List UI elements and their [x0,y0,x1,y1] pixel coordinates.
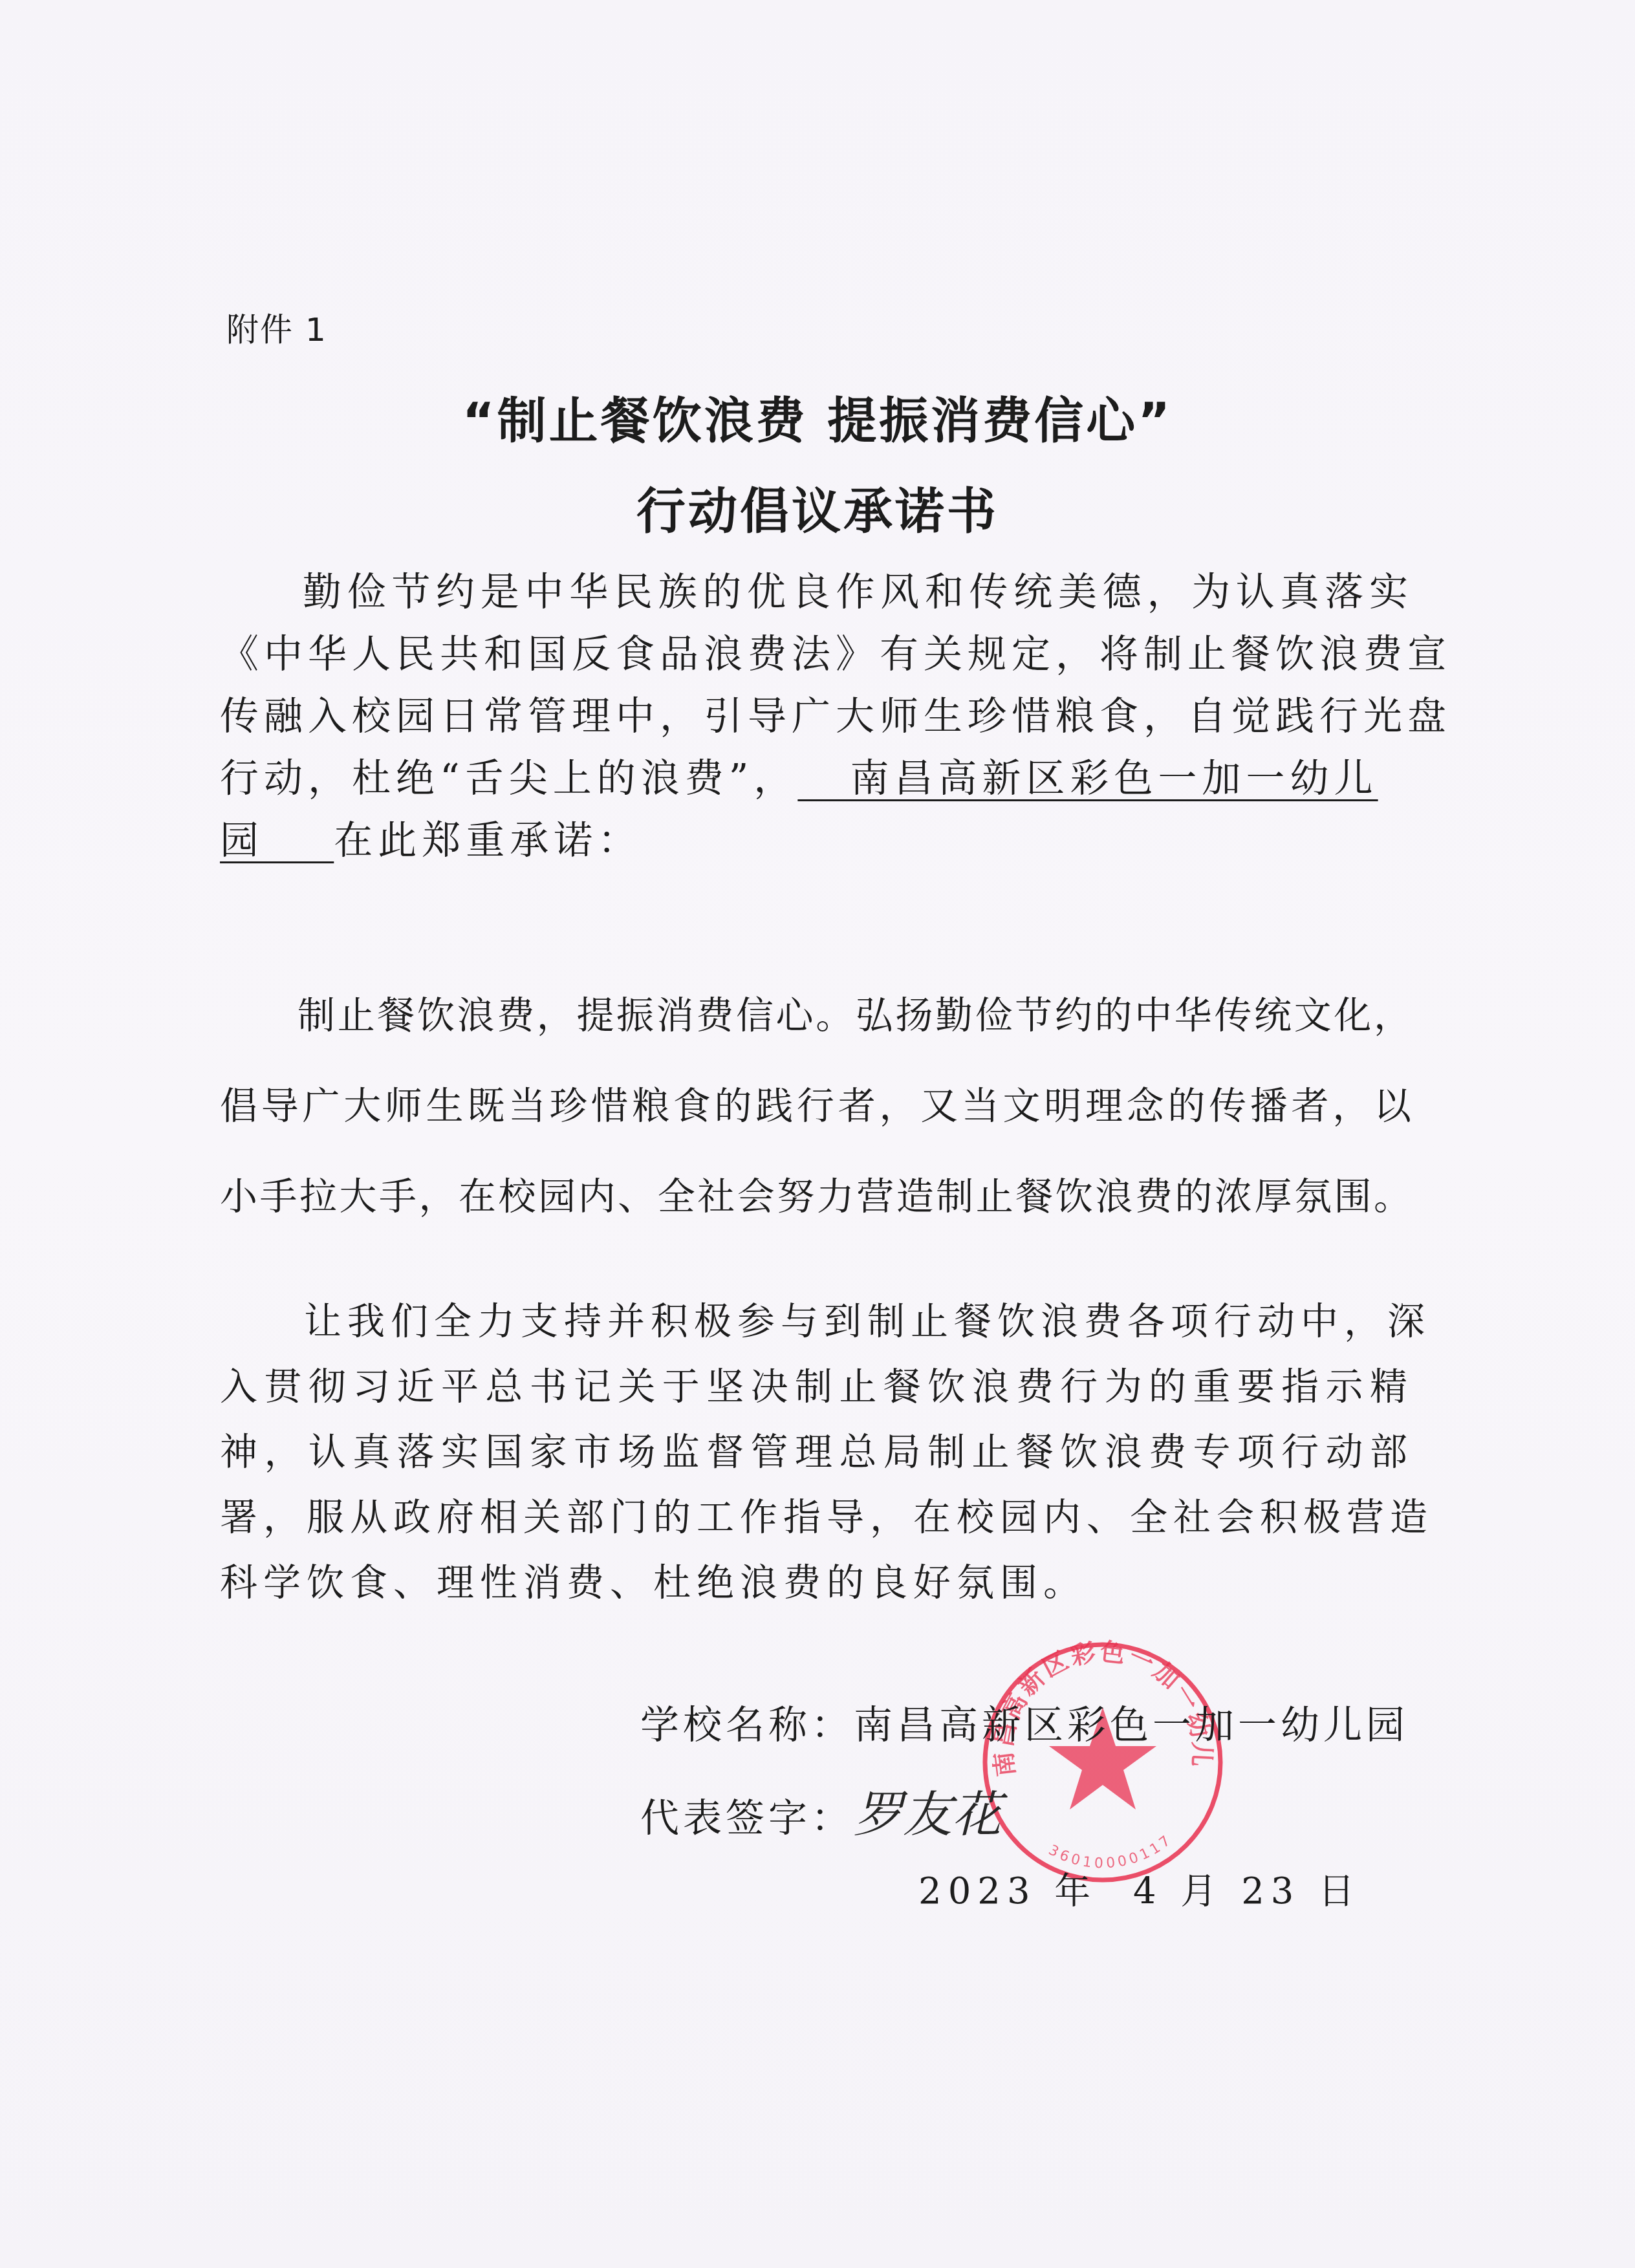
intro-line-1: 勤俭节约是中华民族的优良作风和传统美德，为认真落实 [220,561,1413,623]
intro-line-4: 行动，杜绝“舌尖上的浪费”， 南昌高新区彩色一加一幼儿 [220,748,1413,810]
signing-date: 2023 年 4 月 23 日 [918,1863,1361,1914]
document-title-line1: “制止餐饮浪费 提振消费信心” [0,382,1635,452]
intro-line-4-text: 行动，杜绝“舌尖上的浪费”， [220,756,797,801]
representative-signature-row: 代表签字：罗友花 [640,1775,1001,1846]
handwritten-signature: 罗友花 [854,1786,1001,1843]
school-name-label: 学校名称： [640,1703,854,1748]
school-fill-blank-1: 南昌高新区彩色一加一幼儿 [797,756,1378,801]
intro-line-3: 传融入校园日常管理中，引导广大师生珍惜粮食，自觉践行光盘 [220,686,1413,748]
pledge-paragraph: 制止餐饮浪费，提振消费信心。弘扬勤俭节约的中华传统文化， 倡导广大师生既当珍惜粮… [220,970,1413,1242]
intro-paragraph: 勤俭节约是中华民族的优良作风和传统美德，为认真落实 《中华人民共和国反食品浪费法… [220,561,1413,872]
cta-line-5: 科学饮食、理性消费、杜绝浪费的良好氛围。 [220,1550,1413,1615]
pledge-line-2: 倡导广大师生既当珍惜粮食的践行者，又当文明理念的传播者，以 [220,1061,1413,1151]
document-title-line2: 行动倡议承诺书 [0,472,1635,543]
intro-line-2: 《中华人民共和国反食品浪费法》有关规定，将制止餐饮浪费宣 [220,623,1413,686]
school-name-row: 学校名称：南昌高新区彩色一加一幼儿园 [640,1694,1409,1750]
call-to-action-paragraph: 让我们全力支持并积极参与到制止餐饮浪费各项行动中，深 入贯彻习近平总书记关于坚决… [220,1289,1413,1615]
school-fill-blank-2: 园 [220,818,334,863]
pledge-line-1: 制止餐饮浪费，提振消费信心。弘扬勤俭节约的中华传统文化， [220,970,1413,1061]
school-name-value: 南昌高新区彩色一加一幼儿园 [854,1703,1409,1748]
cta-line-4: 署，服从政府相关部门的工作指导，在校园内、全社会积极营造 [220,1485,1413,1550]
cta-line-2: 入贯彻习近平总书记关于坚决制止餐饮浪费行为的重要指示精 [220,1354,1413,1420]
pledge-intro-text: 在此郑重承诺： [334,818,642,863]
attachment-label: 附件 1 [226,304,327,351]
cta-line-3: 神，认真落实国家市场监督管理总局制止餐饮浪费专项行动部 [220,1420,1413,1485]
seal-graphic: 南昌高新区彩色一加一幼儿园 36010000117330 [977,1636,1229,1888]
intro-line-5: 园 在此郑重承诺： [220,810,1413,872]
representative-label: 代表签字： [640,1796,854,1841]
cta-line-1: 让我们全力支持并积极参与到制止餐饮浪费各项行动中，深 [220,1289,1413,1354]
pledge-line-3: 小手拉大手，在校园内、全社会努力营造制止餐饮浪费的浓厚氛围。 [220,1151,1413,1242]
official-seal: 南昌高新区彩色一加一幼儿园 36010000117330 [977,1636,1229,1888]
document-page: 附件 1 “制止餐饮浪费 提振消费信心” 行动倡议承诺书 勤俭节约是中华民族的优… [0,0,1635,2268]
